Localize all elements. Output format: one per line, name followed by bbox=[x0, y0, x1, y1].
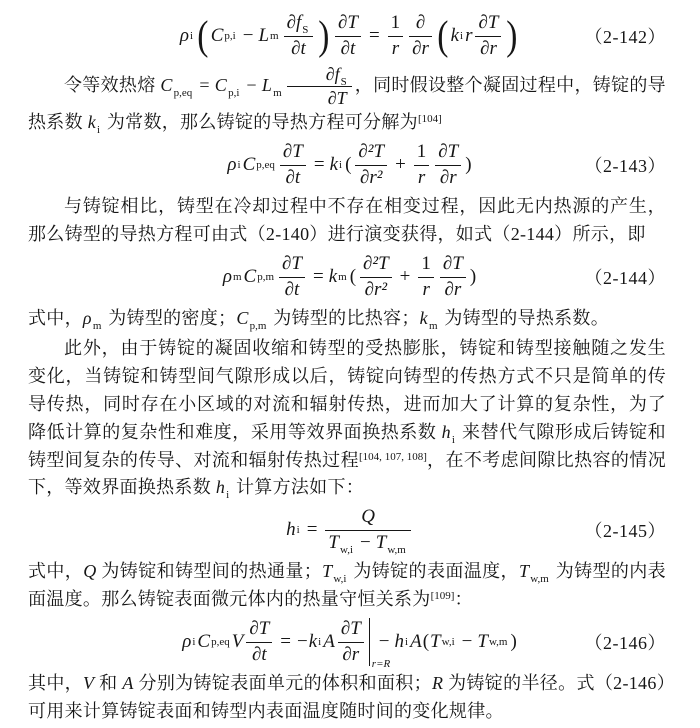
equation-2-142-number: （2-142） bbox=[585, 23, 667, 49]
math-den: ∂r bbox=[435, 165, 461, 189]
math-den: ∂t bbox=[246, 642, 272, 666]
math-num: Q bbox=[325, 506, 410, 529]
math-mi: ∂t bbox=[252, 644, 267, 665]
math-num: ∂T bbox=[440, 253, 466, 276]
math-mi: r bbox=[418, 167, 425, 188]
math-mi: ∂r bbox=[480, 38, 497, 59]
math-mo: − bbox=[379, 631, 390, 653]
math-num: ∂T bbox=[335, 12, 361, 35]
math-mi: r bbox=[465, 25, 472, 47]
math-mi: T bbox=[376, 532, 387, 553]
math-frac: ∂T∂t bbox=[279, 253, 305, 301]
math-mi: ∂r² bbox=[360, 167, 382, 188]
math-mr: 为铸型的比热容； bbox=[268, 308, 419, 328]
math-mo: − bbox=[360, 532, 371, 553]
math-frac: ∂²T∂r² bbox=[360, 253, 392, 301]
math-mi: C bbox=[215, 75, 227, 95]
math-msub: S bbox=[341, 76, 347, 88]
math-mi: ∂T bbox=[249, 618, 269, 639]
math-mr: 为铸锭和铸型间的热通量； bbox=[97, 561, 323, 581]
math-mi: r bbox=[422, 279, 429, 300]
math-mr: ： bbox=[454, 589, 472, 609]
math-msup: [104, 107, 108] bbox=[359, 451, 427, 463]
math-mo: + bbox=[395, 154, 406, 176]
math-msub: m bbox=[93, 320, 102, 332]
math-frac: ∂T∂r bbox=[435, 141, 461, 189]
math-num: ∂ bbox=[409, 12, 432, 35]
equation-2-146-formula: ρiCp,eqV∂T∂t=−kiA∂T∂rr=R−hiA(Tw,i−Tw,m) bbox=[182, 618, 518, 666]
math-msub: S bbox=[302, 24, 308, 36]
math-mi: ∂f bbox=[326, 64, 340, 84]
math-mi: A bbox=[410, 631, 422, 653]
math-mp: ( bbox=[350, 266, 356, 288]
math-mi: C bbox=[197, 631, 210, 653]
math-mr: 计算方法如下： bbox=[231, 477, 364, 497]
equation-2-145-formula: hi=QTw,i−Tw,m bbox=[286, 506, 414, 554]
math-mi: V bbox=[83, 673, 94, 693]
math-num: ∂T bbox=[246, 618, 272, 641]
math-mi: ∂t bbox=[286, 167, 301, 188]
math-den: r bbox=[418, 277, 434, 301]
math-mi: ∂r bbox=[440, 167, 457, 188]
math-mp: ( bbox=[345, 154, 351, 176]
math-mi: ∂T bbox=[283, 141, 303, 162]
math-msub: w,i bbox=[333, 573, 346, 585]
math-mo: − bbox=[243, 25, 254, 47]
math-num: ∂T bbox=[475, 12, 501, 35]
math-mi: h bbox=[395, 631, 405, 653]
math-mi: ρ bbox=[180, 25, 189, 47]
math-mp: − bbox=[297, 631, 308, 653]
paragraph-where-heat-flux: 式中，Q 为铸锭和铸型间的热通量；Tw,i 为铸锭的表面温度，Tw,m 为铸型的… bbox=[28, 558, 666, 614]
math-mi: V bbox=[232, 631, 244, 653]
paragraph-air-gap: 此外，由于铸锭的凝固收缩和铸型的受热膨胀，铸锭和铸型接触随之发生变化，当铸锭和铸… bbox=[28, 335, 666, 502]
paragraph-mold-conduction: 与铸锭相比，铸型在冷却过程中不存在相变过程，因此无内热源的产生，那么铸型的导热方… bbox=[28, 193, 666, 249]
math-frac: ∂fS∂t bbox=[284, 12, 314, 60]
math-mi: h bbox=[442, 422, 451, 442]
math-mp: ) bbox=[470, 266, 476, 288]
math-num: ∂²T bbox=[360, 253, 392, 276]
math-msub: m bbox=[273, 87, 282, 99]
math-frac: QTw,i−Tw,m bbox=[325, 506, 410, 554]
equation-2-144-number: （2-144） bbox=[585, 264, 667, 290]
math-mi: ρ bbox=[223, 266, 232, 288]
math-mo: = bbox=[369, 25, 380, 47]
math-mi: ∂r² bbox=[365, 279, 387, 300]
math-mi: ∂T bbox=[478, 12, 498, 33]
math-den: r bbox=[388, 36, 404, 60]
math-mo: = bbox=[307, 519, 318, 541]
math-mi: R bbox=[432, 673, 443, 693]
equation-2-143-formula: ρiCp,eq∂T∂t=ki(∂²T∂r²+1r∂T∂r) bbox=[227, 141, 472, 189]
math-den: ∂t bbox=[280, 165, 306, 189]
math-mi: ∂f bbox=[287, 12, 302, 33]
math-mi: ∂T bbox=[338, 12, 358, 33]
math-frac: 1r bbox=[388, 12, 404, 60]
equation-2-146-number: （2-146） bbox=[585, 629, 667, 655]
math-num: ∂T bbox=[280, 141, 306, 164]
math-frac: ∂T∂t bbox=[335, 12, 361, 60]
math-mi: ∂r bbox=[342, 644, 359, 665]
equation-2-143-number: （2-143） bbox=[585, 152, 667, 178]
math-mr: 1 bbox=[417, 141, 427, 162]
math-den: ∂T bbox=[287, 86, 352, 109]
math-frac: ∂T∂r bbox=[475, 12, 501, 60]
math-mi: ∂²T bbox=[363, 253, 389, 274]
math-num: ∂fS bbox=[284, 12, 314, 35]
math-mo: + bbox=[400, 266, 411, 288]
paragraph-volume-area: 其中，V 和 A 分别为铸锭表面单元的体积和面积；R 为铸锭的半径。式（2-14… bbox=[28, 670, 666, 726]
math-mi: A bbox=[323, 631, 335, 653]
equation-2-142-row: ρi(Cp,i−Lm∂fS∂t)∂T∂t=1r∂∂r(kir∂T∂r) （2-1… bbox=[0, 10, 700, 62]
math-msub: w,i bbox=[340, 544, 353, 556]
math-msub: i bbox=[452, 434, 455, 446]
math-mi: r bbox=[392, 38, 399, 59]
math-num: ∂T bbox=[435, 141, 461, 164]
equation-2-144-formula: ρmCp,m∂T∂t=km(∂²T∂r²+1r∂T∂r) bbox=[223, 253, 477, 301]
math-den: ∂t bbox=[279, 277, 305, 301]
math-mi: ∂T bbox=[341, 618, 361, 639]
math-mi: ∂t bbox=[291, 38, 306, 59]
math-num: ∂²T bbox=[355, 141, 387, 164]
math-den: ∂t bbox=[335, 36, 361, 60]
math-mi: k bbox=[420, 308, 428, 328]
math-mi: k bbox=[329, 266, 337, 288]
math-frac: ∂fS∂T bbox=[287, 64, 352, 109]
math-mi: ρ bbox=[182, 631, 191, 653]
math-frac: ∂T∂t bbox=[246, 618, 272, 666]
math-mi: ρ bbox=[227, 154, 236, 176]
math-msub: i bbox=[226, 489, 229, 501]
math-num: ∂fS bbox=[287, 64, 352, 86]
math-den: Tw,i−Tw,m bbox=[325, 530, 410, 554]
math-mi: ∂T bbox=[282, 253, 302, 274]
math-mbig: ( bbox=[197, 16, 208, 57]
math-den: ∂r bbox=[475, 36, 501, 60]
math-mbig: ) bbox=[507, 16, 518, 57]
math-mo: − bbox=[246, 75, 256, 95]
math-mr: 1 bbox=[421, 253, 431, 274]
math-frac: ∂T∂r bbox=[338, 618, 364, 666]
math-mi: Q bbox=[83, 561, 96, 581]
math-den: r bbox=[414, 165, 430, 189]
math-mi: C bbox=[160, 75, 172, 95]
math-den: ∂r bbox=[440, 277, 466, 301]
math-mbig: ( bbox=[437, 16, 448, 57]
math-mi: T bbox=[477, 631, 488, 653]
math-num: 1 bbox=[418, 253, 434, 276]
math-mo: = bbox=[314, 154, 325, 176]
math-msub: p,m bbox=[250, 320, 267, 332]
math-den: ∂r bbox=[409, 36, 432, 60]
math-den: ∂r² bbox=[355, 165, 387, 189]
math-mi: T bbox=[328, 532, 339, 553]
math-mi: k bbox=[451, 25, 459, 47]
math-mi: k bbox=[88, 112, 96, 132]
math-mi: ∂t bbox=[341, 38, 356, 59]
math-msub: p,eq bbox=[174, 87, 193, 99]
math-mr: 为铸锭的表面温度， bbox=[348, 561, 518, 581]
math-mp: ( bbox=[423, 631, 429, 653]
math-den: ∂t bbox=[284, 36, 314, 60]
equation-2-144-row: ρmCp,m∂T∂t=km(∂²T∂r²+1r∂T∂r) （2-144） bbox=[0, 251, 700, 303]
math-frac: 1r bbox=[414, 141, 430, 189]
math-mi: ∂T bbox=[328, 88, 347, 108]
math-mi: C bbox=[244, 266, 257, 288]
math-den: ∂r² bbox=[360, 277, 392, 301]
math-mi: L bbox=[258, 25, 269, 47]
math-mi: ∂T bbox=[443, 253, 463, 274]
math-msub: p,i bbox=[228, 87, 239, 99]
math-mi: ∂T bbox=[438, 141, 458, 162]
math-mi: C bbox=[211, 25, 224, 47]
math-msup: [109] bbox=[431, 590, 455, 602]
document-page: ρi(Cp,i−Lm∂fS∂t)∂T∂t=1r∂∂r(kir∂T∂r) （2-1… bbox=[0, 0, 700, 728]
math-mi: ∂²T bbox=[358, 141, 384, 162]
math-mi: ∂r bbox=[444, 279, 461, 300]
math-msub: i bbox=[97, 124, 100, 136]
equation-2-145-row: hi=QTw,i−Tw,m （2-145） bbox=[0, 504, 700, 556]
math-msub: w,m bbox=[387, 544, 406, 556]
math-msub: w,m bbox=[530, 573, 549, 585]
math-mi: A bbox=[122, 673, 133, 693]
math-mr: 为铸型的导热系数。 bbox=[440, 308, 610, 328]
math-mr: 与铸锭相比，铸型在冷却过程中不存在相变过程，因此无内热源的产生，那么铸型的导热方… bbox=[28, 196, 666, 244]
equation-2-145-number: （2-145） bbox=[585, 517, 667, 543]
math-num: 1 bbox=[414, 141, 430, 164]
math-mi: ∂t bbox=[285, 279, 300, 300]
math-mp: ) bbox=[465, 154, 471, 176]
math-mi: Q bbox=[361, 506, 375, 527]
math-mr: 为铸型的密度； bbox=[103, 308, 236, 328]
math-mbig: ) bbox=[319, 16, 330, 57]
math-frac: ∂∂r bbox=[409, 12, 432, 60]
equation-2-146-row: ρiCp,eqV∂T∂t=−kiA∂T∂rr=R−hiA(Tw,i−Tw,m) … bbox=[0, 616, 700, 668]
math-mi: h bbox=[216, 477, 225, 497]
math-mr: 令等效热熔 bbox=[64, 75, 160, 95]
math-num: ∂T bbox=[338, 618, 364, 641]
math-frac: 1r bbox=[418, 253, 434, 301]
math-mi: ρ bbox=[83, 308, 92, 328]
math-mp: ) bbox=[510, 631, 516, 653]
math-mo: = bbox=[313, 266, 324, 288]
math-msup: [104] bbox=[418, 113, 442, 125]
math-frac: ∂T∂t bbox=[280, 141, 306, 189]
math-mi: ∂ bbox=[416, 12, 425, 33]
math-mbar: r=R bbox=[369, 618, 370, 666]
math-mi: T bbox=[322, 561, 332, 581]
math-mi: ∂r bbox=[412, 38, 429, 59]
math-mi: C bbox=[243, 154, 256, 176]
math-mo: = bbox=[280, 631, 291, 653]
math-mo: = bbox=[199, 75, 209, 95]
math-mo: − bbox=[462, 631, 473, 653]
math-mr: 为常数，那么铸锭的导热方程可分解为 bbox=[102, 112, 418, 132]
math-mr: 其中， bbox=[28, 673, 83, 693]
math-frac: ∂²T∂r² bbox=[355, 141, 387, 189]
math-mr: 分别为铸锭表面单元的体积和面积； bbox=[134, 673, 432, 693]
math-mr: 1 bbox=[391, 12, 401, 33]
math-mr: 和 bbox=[94, 673, 122, 693]
equation-2-143-row: ρiCp,eq∂T∂t=ki(∂²T∂r²+1r∂T∂r) （2-143） bbox=[0, 139, 700, 191]
math-num: 1 bbox=[388, 12, 404, 35]
paragraph-equivalent-heat: 令等效热熔 Cp,eq=Cp,i−Lm∂fS∂T，同时假设整个凝固过程中，铸锭的… bbox=[28, 64, 666, 137]
math-mi: k bbox=[309, 631, 317, 653]
math-frac: ∂T∂r bbox=[440, 253, 466, 301]
math-num: ∂T bbox=[279, 253, 305, 276]
equation-2-142-formula: ρi(Cp,i−Lm∂fS∂t)∂T∂t=1r∂∂r(kir∂T∂r) bbox=[180, 12, 520, 60]
math-mr: 式中， bbox=[28, 308, 83, 328]
math-den: ∂r bbox=[338, 642, 364, 666]
math-mi: L bbox=[262, 75, 272, 95]
math-mi: T bbox=[430, 631, 441, 653]
math-mi: T bbox=[519, 561, 529, 581]
math-msub: m bbox=[429, 320, 438, 332]
math-mi: C bbox=[236, 308, 248, 328]
math-mi: h bbox=[286, 519, 296, 541]
math-mr: 式中， bbox=[28, 561, 83, 581]
math-mi: k bbox=[330, 154, 338, 176]
paragraph-where-mold-symbols: 式中，ρm 为铸型的密度；Cp,m 为铸型的比热容；km 为铸型的导热系数。 bbox=[28, 305, 666, 333]
math-mbarsub: r=R bbox=[372, 658, 390, 670]
